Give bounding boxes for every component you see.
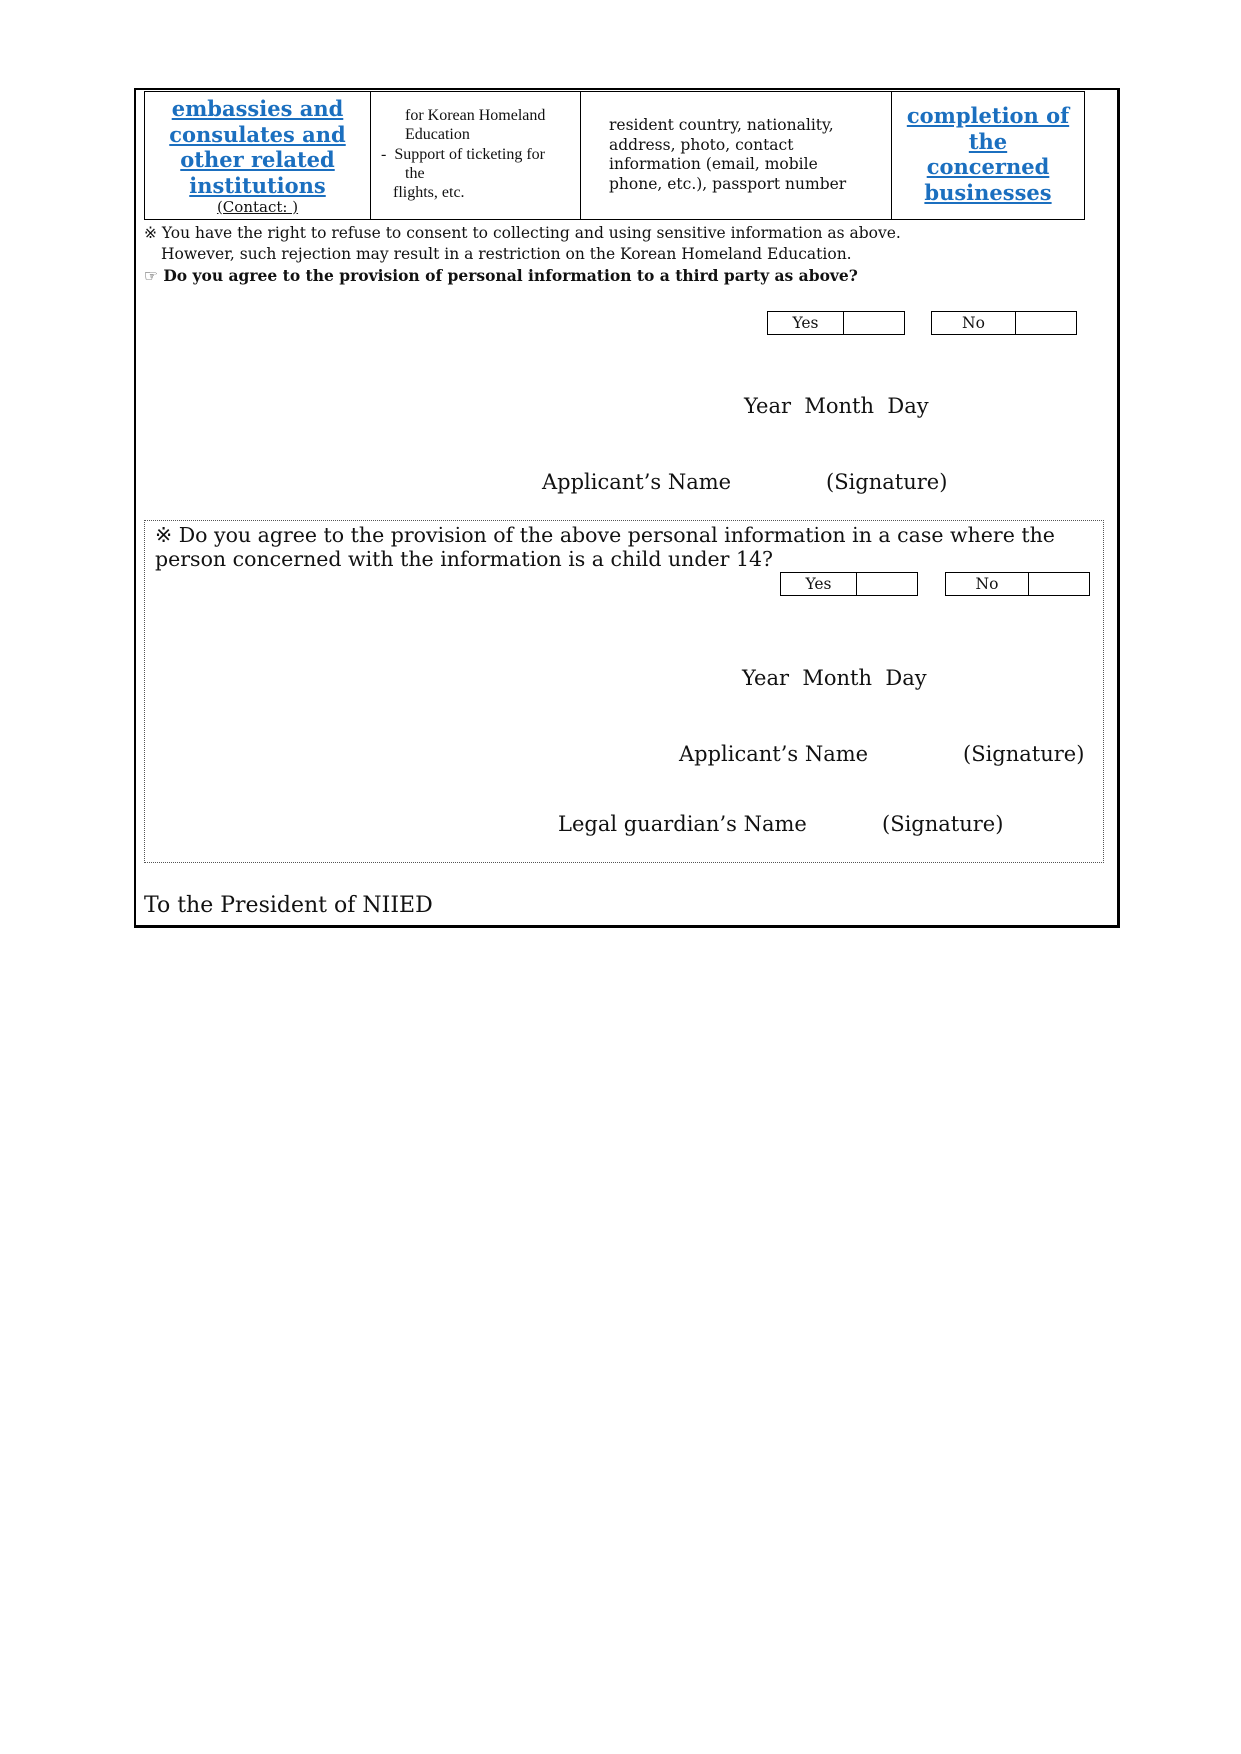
- recipient-cell: embassies and consulates and other relat…: [145, 92, 371, 219]
- recipient-link-line[interactable]: embassies and: [145, 96, 370, 122]
- third-party-question: ☞ Do you agree to the provision of perso…: [144, 266, 858, 285]
- notice-line: ※ You have the right to refuse to consen…: [144, 223, 901, 244]
- yes-label: Yes: [768, 312, 844, 334]
- refusal-notice: ※ You have the right to refuse to consen…: [144, 223, 901, 265]
- items-line: phone, etc.), passport number: [609, 175, 846, 195]
- items-line: address, photo, contact: [609, 136, 846, 156]
- yes-label: Yes: [781, 573, 857, 595]
- applicant-signature-label: (Signature): [826, 470, 947, 494]
- child-consent-yes-option[interactable]: Yes: [780, 572, 918, 596]
- child-applicant-name-label: Applicant’s Name: [679, 742, 868, 766]
- child-date-line: Year Month Day: [742, 666, 927, 690]
- purpose-line: the: [405, 164, 425, 183]
- notice-line: However, such rejection may result in a …: [144, 244, 901, 265]
- recipient-link-line[interactable]: consulates and: [145, 122, 370, 148]
- question-text: Do you agree to the provision of persona…: [163, 266, 858, 285]
- yes-checkbox[interactable]: [844, 312, 904, 334]
- guardian-name-label: Legal guardian’s Name: [558, 812, 807, 836]
- child-consent-question: ※ Do you agree to the provision of the a…: [155, 523, 1105, 571]
- purpose-line: - Support of ticketing for: [381, 145, 545, 164]
- purpose-line: Education: [405, 125, 470, 144]
- retention-link-line[interactable]: businesses: [892, 180, 1084, 206]
- retention-cell: completion of the concerned businesses: [892, 92, 1084, 219]
- no-label: No: [946, 573, 1029, 595]
- recipient-contact: (Contact: ): [145, 198, 370, 216]
- items-line: information (email, mobile: [609, 155, 846, 175]
- consent-no-option[interactable]: No: [931, 311, 1077, 335]
- purpose-cell: for Korean Homeland Education - Support …: [371, 92, 581, 219]
- child-applicant-signature-label: (Signature): [963, 742, 1084, 766]
- purpose-line: flights, etc.: [393, 183, 465, 202]
- addressee: To the President of NIIED: [144, 893, 433, 918]
- retention-link-line[interactable]: the: [892, 129, 1084, 155]
- pointing-hand-icon: ☞: [144, 267, 158, 285]
- items-cell: resident country, nationality, address, …: [581, 92, 892, 219]
- items-text: resident country, nationality, address, …: [609, 116, 846, 194]
- guardian-signature-label: (Signature): [882, 812, 1003, 836]
- items-line: resident country, nationality,: [609, 116, 846, 136]
- no-checkbox[interactable]: [1029, 573, 1089, 595]
- date-line: Year Month Day: [744, 394, 929, 418]
- no-label: No: [932, 312, 1016, 334]
- third-party-table-row: embassies and consulates and other relat…: [144, 91, 1085, 220]
- yes-checkbox[interactable]: [857, 573, 917, 595]
- recipient-link-line[interactable]: other related: [145, 147, 370, 173]
- retention-link-line[interactable]: completion of: [892, 103, 1084, 129]
- retention-link-line[interactable]: concerned: [892, 154, 1084, 180]
- applicant-name-label: Applicant’s Name: [542, 470, 731, 494]
- child-consent-no-option[interactable]: No: [945, 572, 1090, 596]
- purpose-line: for Korean Homeland: [405, 106, 545, 125]
- no-checkbox[interactable]: [1016, 312, 1076, 334]
- consent-yes-option[interactable]: Yes: [767, 311, 905, 335]
- recipient-link-line[interactable]: institutions: [145, 173, 370, 199]
